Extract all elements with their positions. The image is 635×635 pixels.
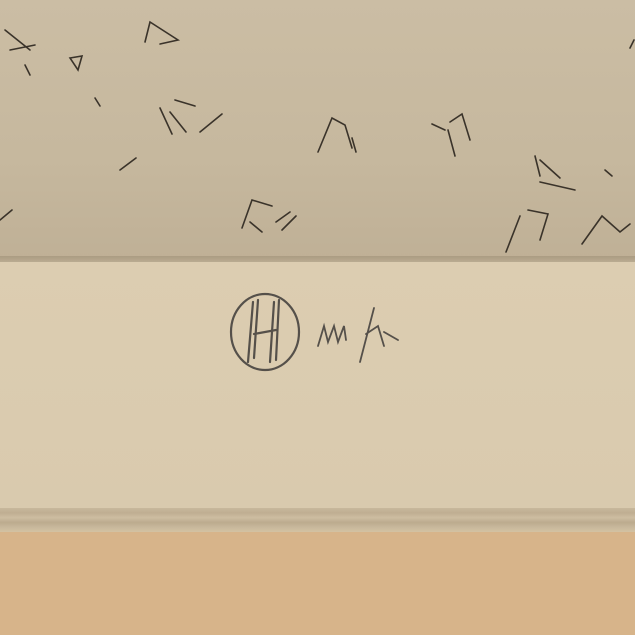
etched-marks bbox=[0, 0, 635, 635]
pencil-signature bbox=[318, 308, 398, 362]
monogram-icon bbox=[231, 294, 299, 370]
